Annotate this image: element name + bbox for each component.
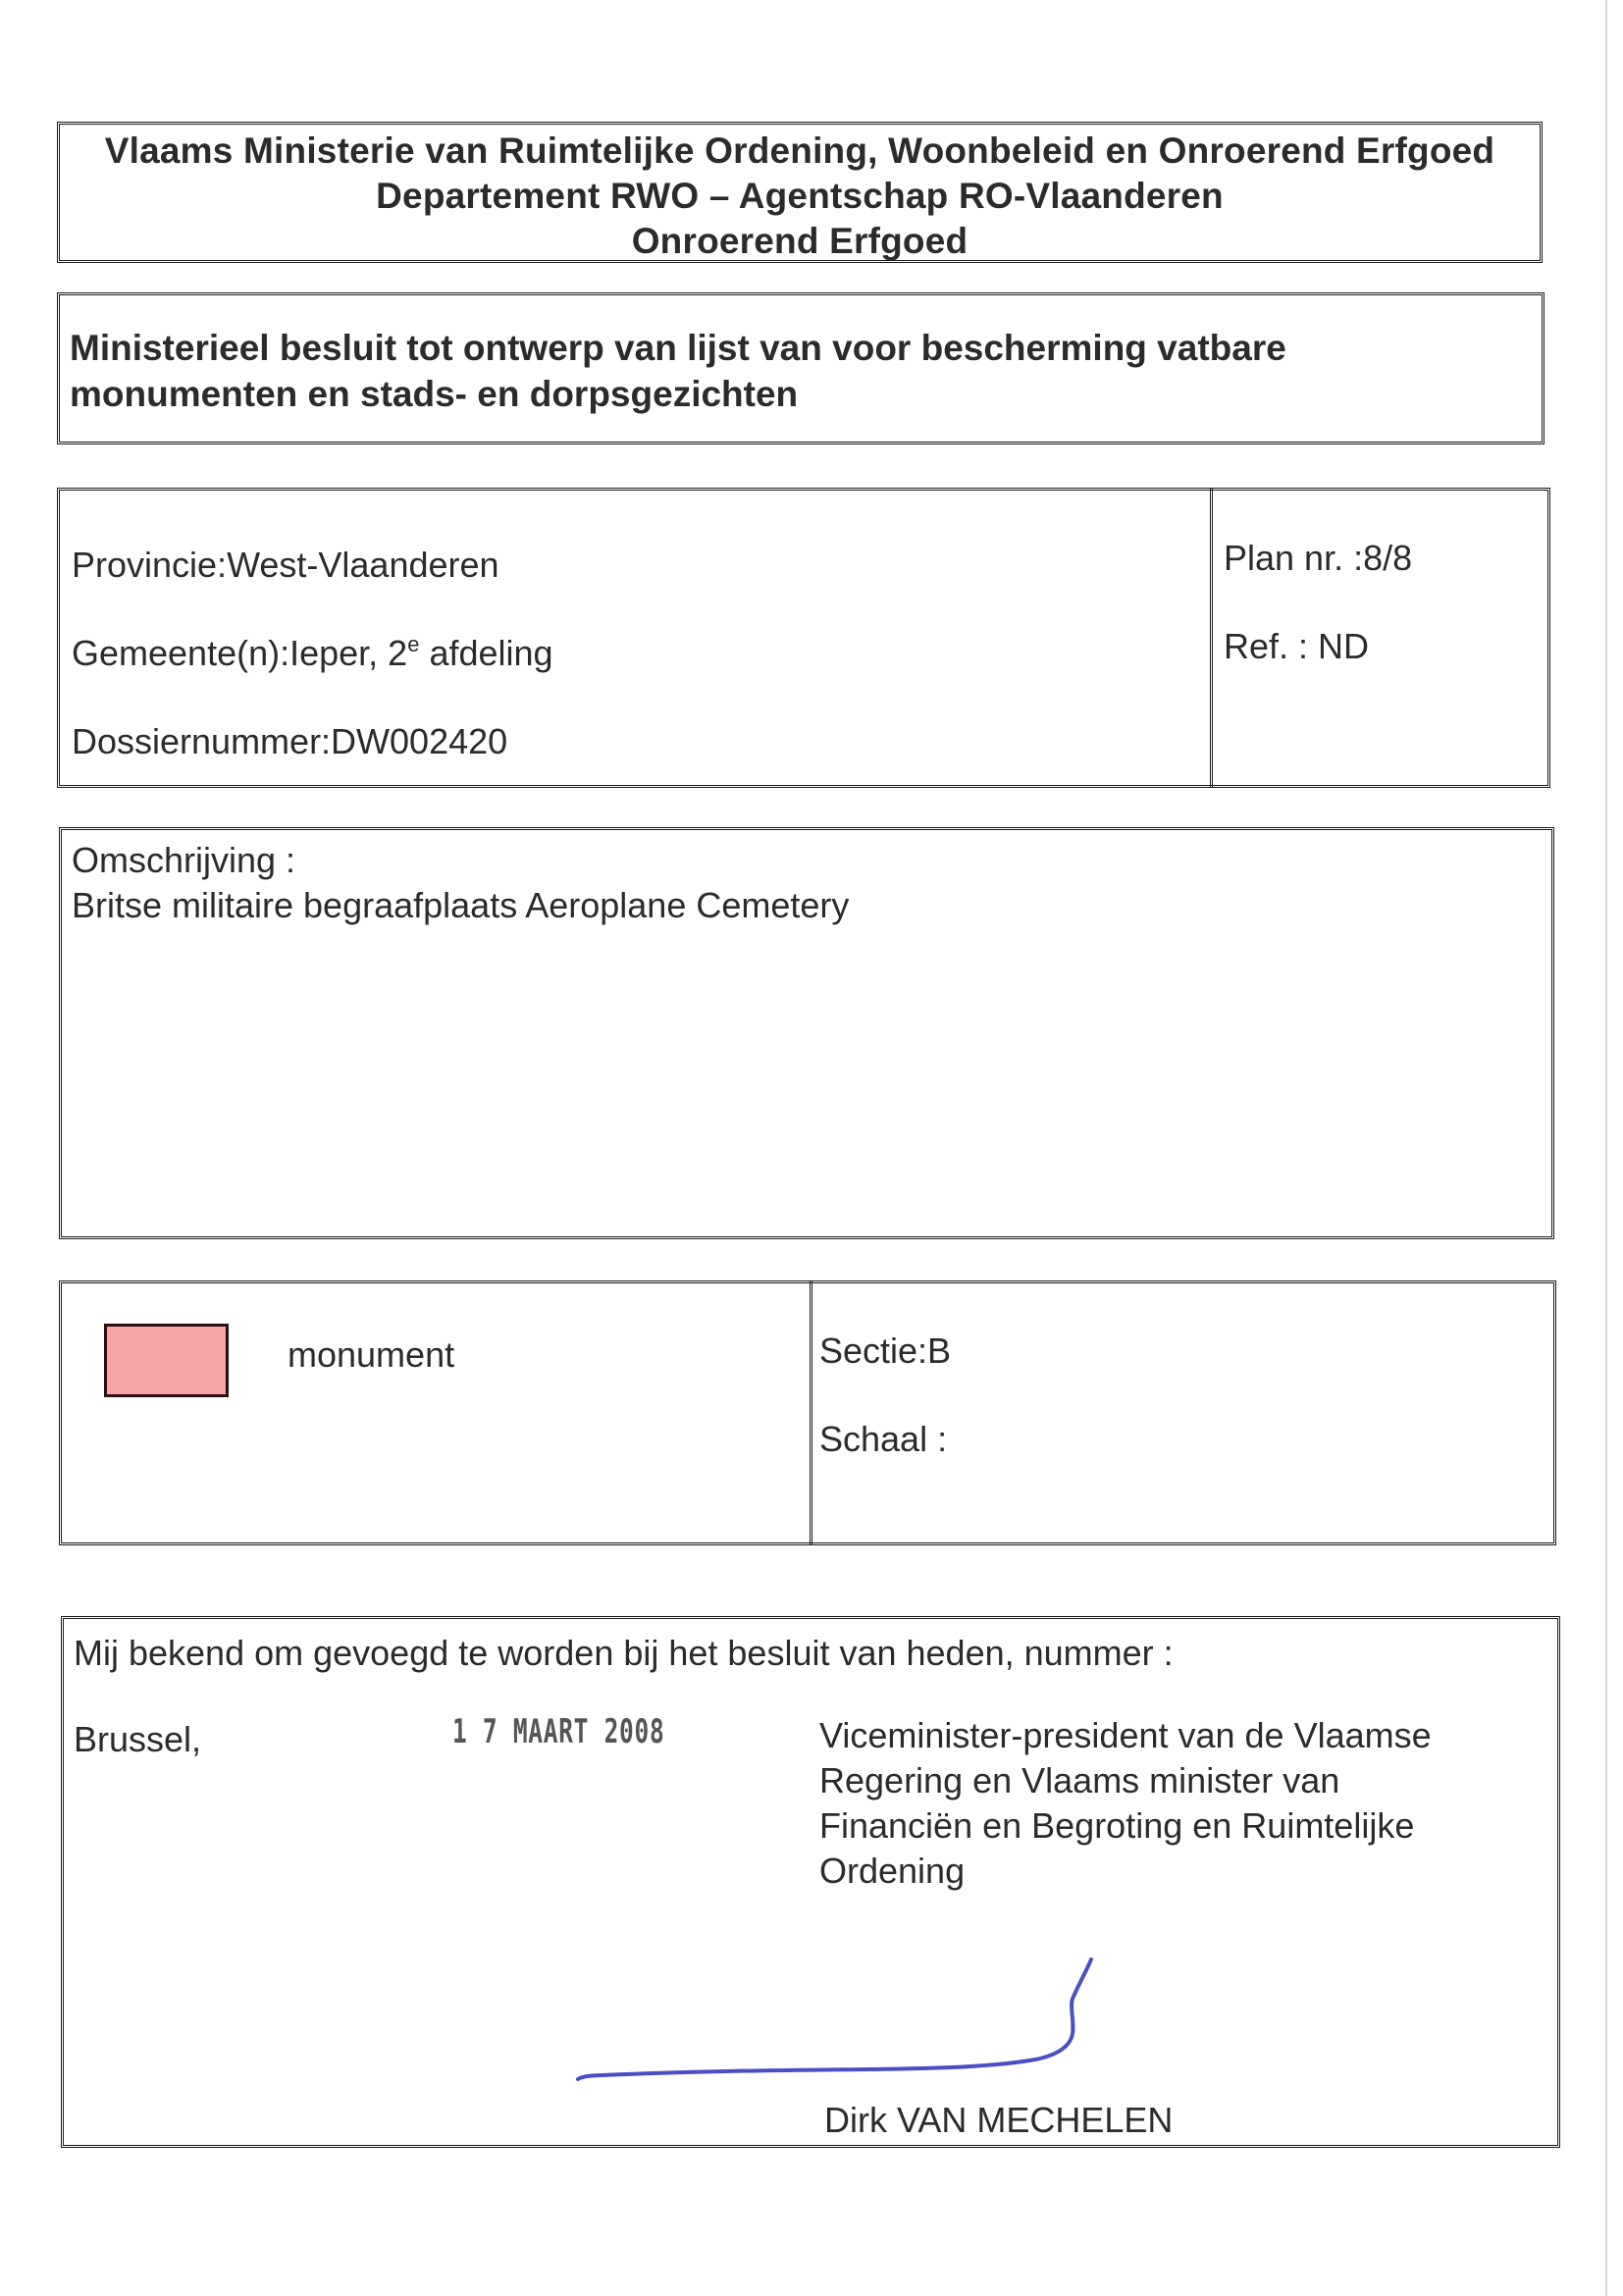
- decision-title-box: Ministerieel besluit tot ontwerp van lij…: [57, 292, 1544, 444]
- gemeente-prefix: Gemeente(n):Ieper, 2: [72, 633, 407, 673]
- approval-statement: Mij bekend om gevoegd te worden bij het …: [74, 1633, 1174, 1674]
- monument-color-swatch: [104, 1324, 229, 1397]
- gemeente-suffix: afdeling: [419, 633, 552, 673]
- legend-box: monument Sectie:B Schaal :: [59, 1280, 1556, 1545]
- column-divider: [810, 1280, 812, 1545]
- signer-title-line: Regering en Vlaams minister van: [819, 1758, 1432, 1803]
- dossiernummer-field: Dossiernummer:DW002420: [72, 721, 507, 762]
- description-label: Omschrijving :: [72, 840, 295, 881]
- signer-title: Viceminister-president van de Vlaamse Re…: [819, 1713, 1432, 1894]
- ministry-name: Vlaams Ministerie van Ruimtelijke Ordeni…: [60, 129, 1540, 174]
- signer-title-line: Viceminister-president van de Vlaamse: [819, 1713, 1432, 1758]
- decision-title-line-2: monumenten en stads- en dorpsgezichten: [60, 371, 1542, 417]
- description-text: Britse militaire begraafplaats Aeroplane…: [72, 885, 849, 926]
- provincie-field: Provincie:West-Vlaanderen: [72, 545, 499, 586]
- agency-name: Onroerend Erfgoed: [60, 219, 1540, 264]
- reference-field: Ref. : ND: [1224, 626, 1369, 667]
- gemeente-superscript: e: [407, 632, 419, 656]
- ministry-header-box: Vlaams Ministerie van Ruimtelijke Ordeni…: [57, 122, 1543, 263]
- gemeente-field: Gemeente(n):Ieper, 2e afdeling: [72, 633, 553, 674]
- location-box: Provincie:West-Vlaanderen Gemeente(n):Ie…: [57, 488, 1550, 788]
- signer-title-line: Ordening: [819, 1849, 1432, 1894]
- plan-number-field: Plan nr. :8/8: [1224, 538, 1412, 579]
- department-name: Departement RWO – Agentschap RO-Vlaander…: [60, 174, 1540, 219]
- column-divider: [1210, 488, 1213, 788]
- description-box: Omschrijving : Britse militaire begraafp…: [59, 827, 1554, 1239]
- signer-name: Dirk VAN MECHELEN: [824, 2100, 1173, 2141]
- sectie-field: Sectie:B: [819, 1331, 951, 1372]
- schaal-field: Schaal :: [819, 1419, 947, 1460]
- place-label: Brussel,: [74, 1719, 201, 1760]
- legend-label: monument: [288, 1334, 454, 1376]
- signer-title-line: Financiën en Begroting en Ruimtelijke: [819, 1803, 1432, 1849]
- date-stamp: 1 7 MAART 2008: [452, 1712, 664, 1751]
- approval-box: Mij bekend om gevoegd te worden bij het …: [61, 1616, 1560, 2148]
- scan-edge: [1605, 0, 1607, 2296]
- decision-title-line-1: Ministerieel besluit tot ontwerp van lij…: [60, 325, 1542, 371]
- handwritten-signature: [574, 1957, 1143, 2085]
